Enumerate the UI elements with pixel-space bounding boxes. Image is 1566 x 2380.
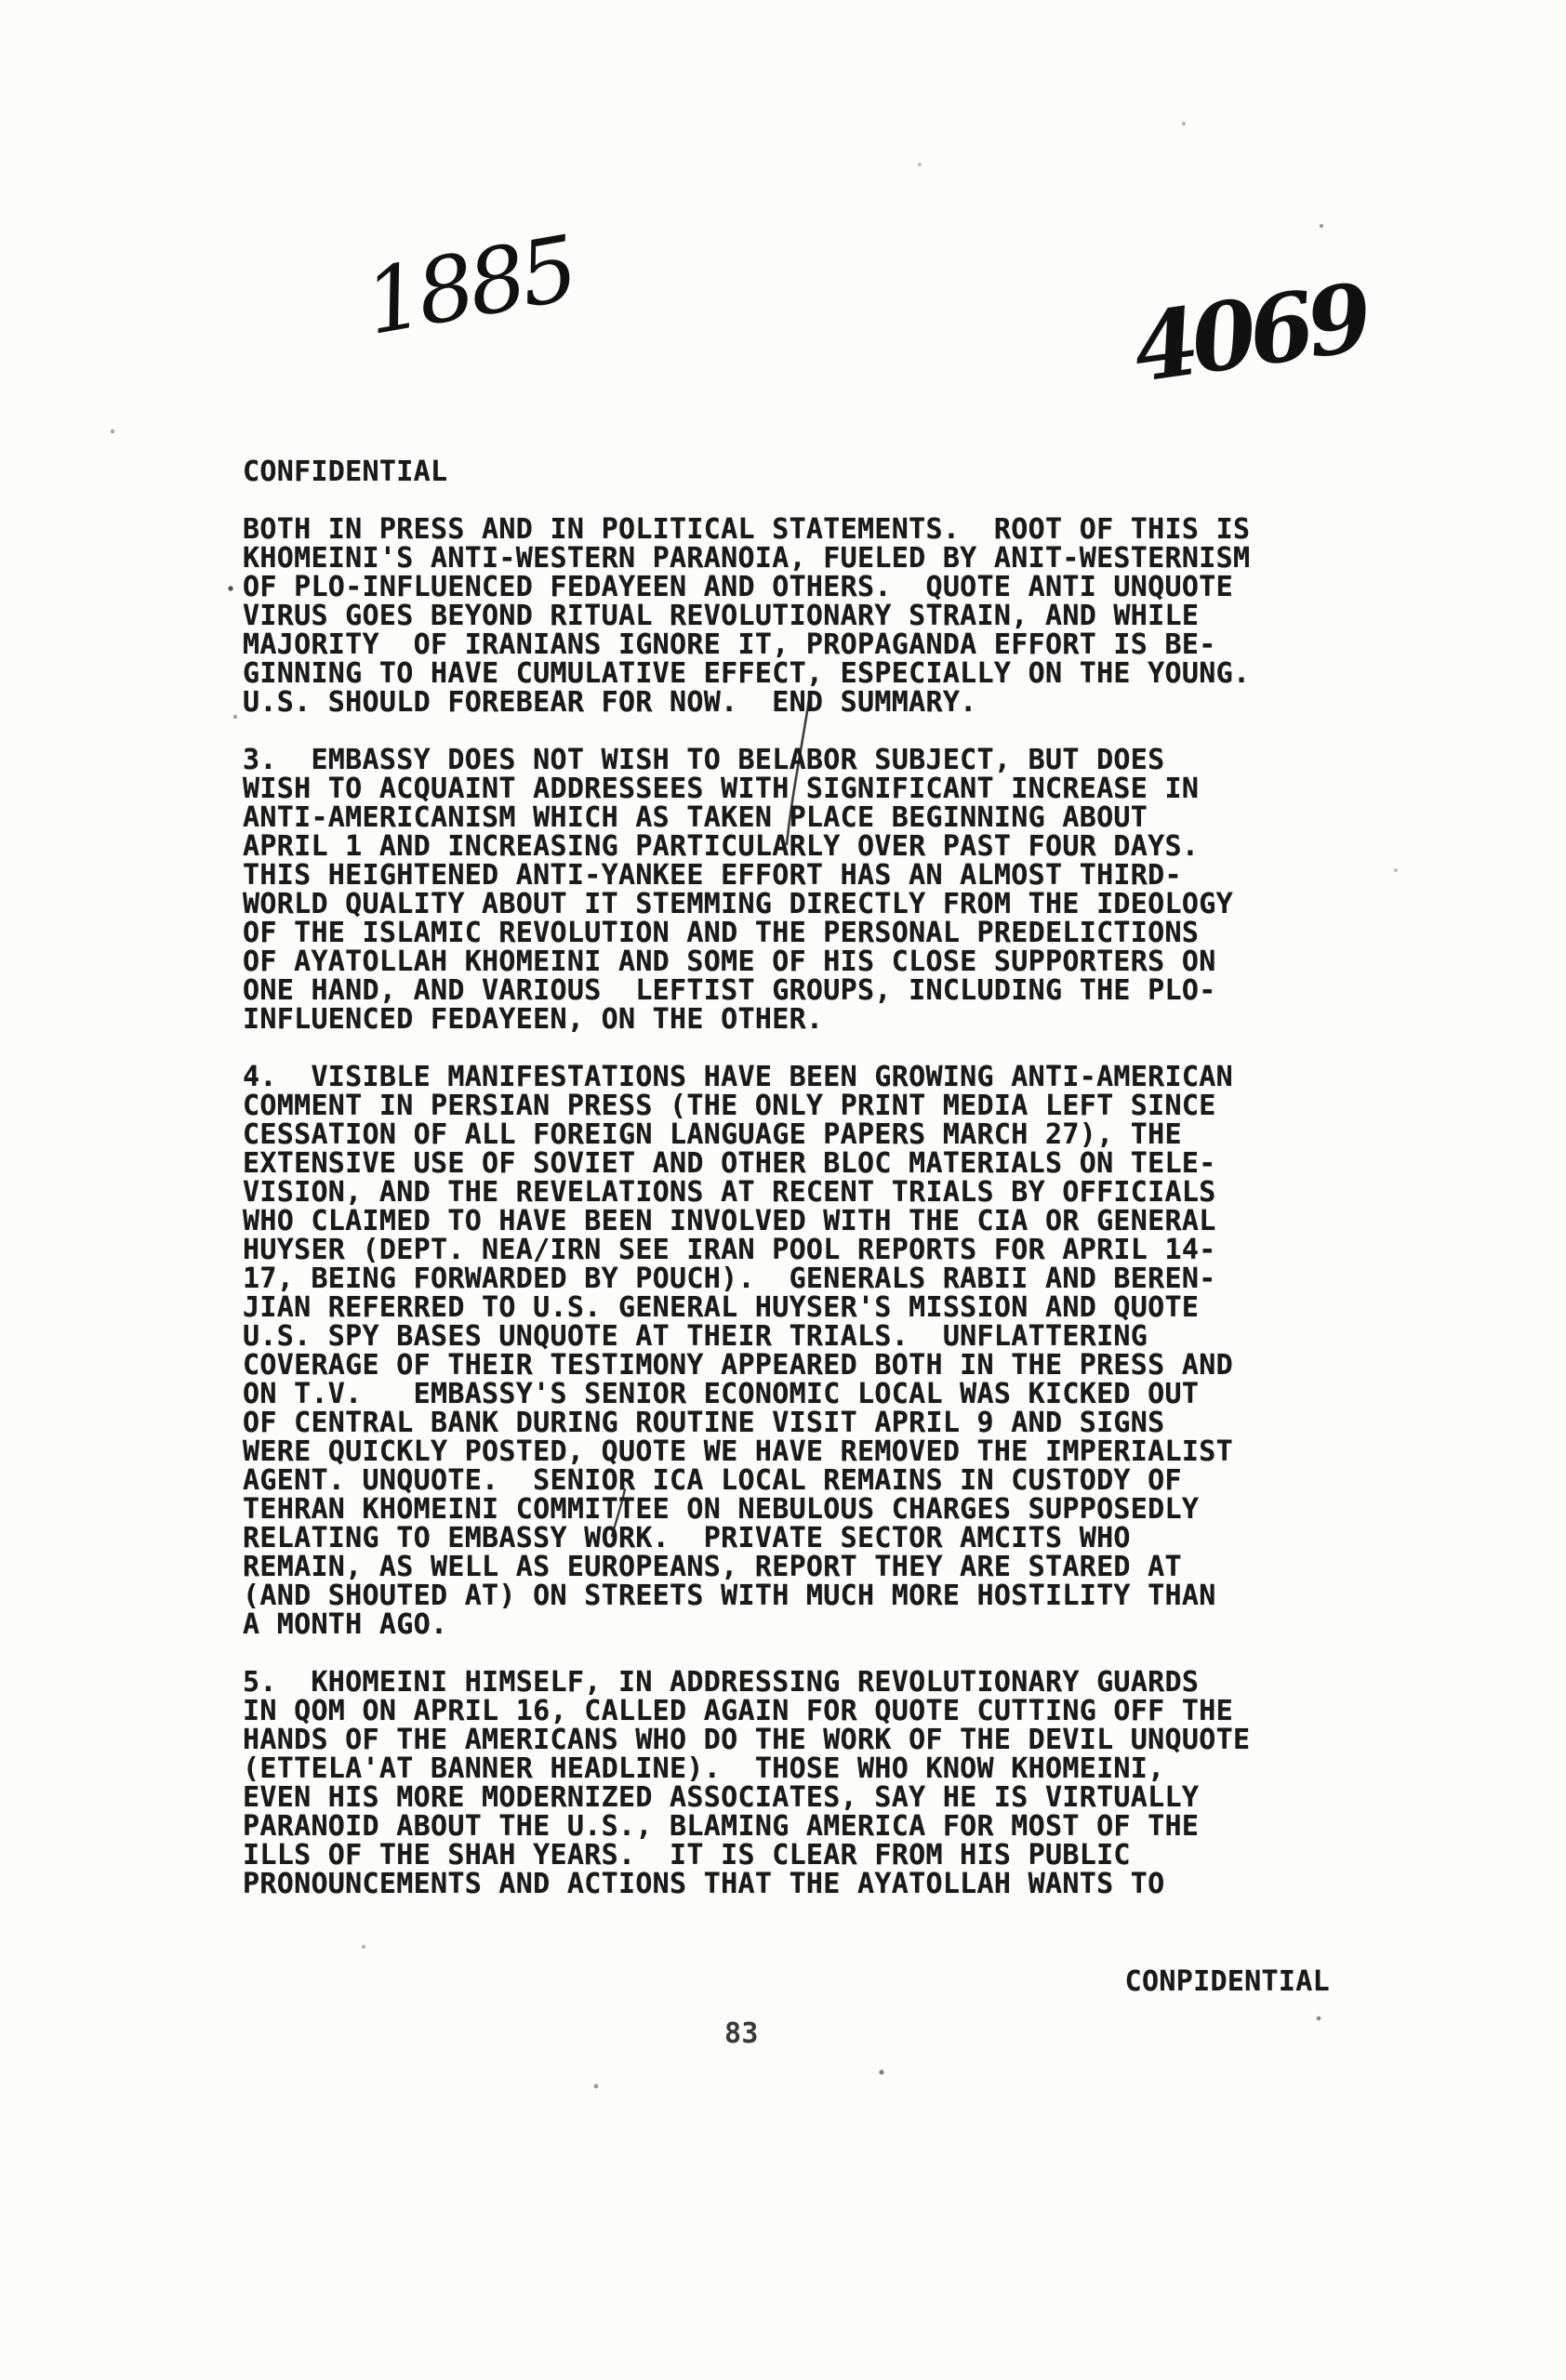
scan-specks xyxy=(0,0,2,2)
classification-header: CONFIDENTIAL xyxy=(243,457,447,486)
paragraph-3: 3. EMBASSY DOES NOT WISH TO BELABOR SUBJ… xyxy=(243,746,1233,1034)
paragraph-5: 5. KHOMEINI HIMSELF, IN ADDRESSING REVOL… xyxy=(243,1668,1250,1898)
handwritten-number-top-right: 4069 xyxy=(1127,262,1373,403)
paragraph-summary-continuation: BOTH IN PRESS AND IN POLITICAL STATEMENT… xyxy=(243,515,1250,717)
scanned-document-page: 1885 4069 CONFIDENTIAL BOTH IN PRESS AND… xyxy=(0,0,1566,2380)
paragraph-4: 4. VISIBLE MANIFESTATIONS HAVE BEEN GROW… xyxy=(243,1063,1233,1639)
page-number: 83 xyxy=(724,2019,759,2048)
handwritten-number-top-left: 1885 xyxy=(358,217,581,355)
classification-footer: CONPIDENTIAL xyxy=(1125,1967,1330,1996)
